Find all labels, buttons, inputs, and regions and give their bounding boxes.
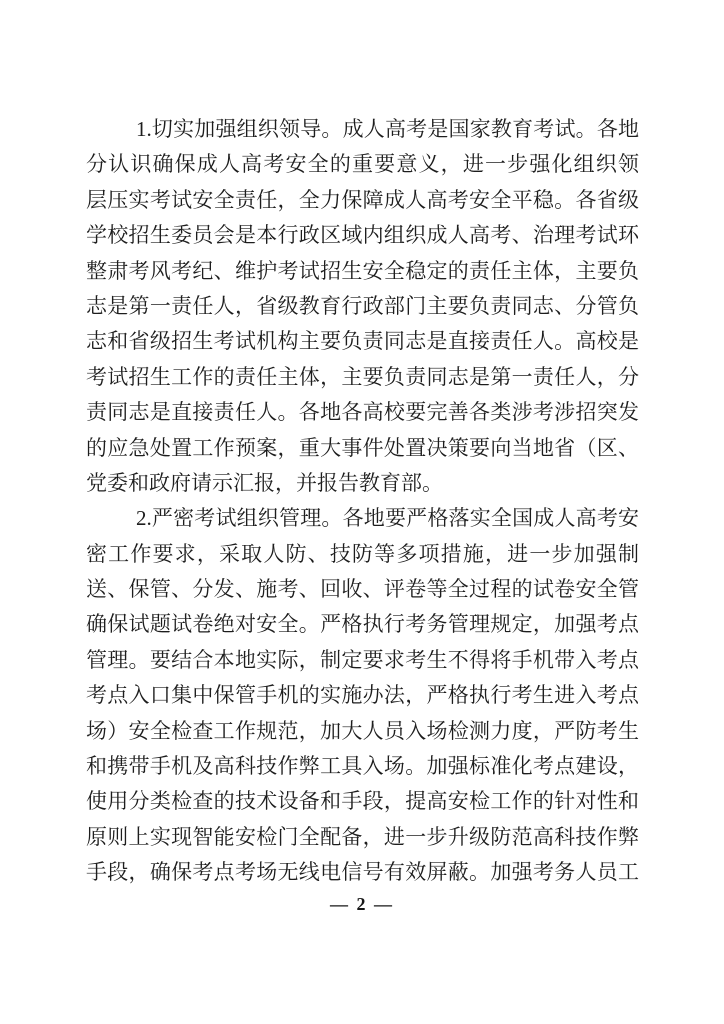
text-line: 手段，确保考点考场无线电信号有效屏蔽。加强考务人员工作培 bbox=[86, 855, 639, 890]
text-line: 确保试题试卷绝对安全。严格执行考务管理规定，加强考点考场 bbox=[86, 607, 639, 642]
text-line: 送、保管、分发、施考、回收、评卷等全过程的试卷安全管理， bbox=[86, 572, 639, 607]
text-line: 考试招生工作的责任主体，主要负责同志是第一责任人，分管负 bbox=[86, 360, 639, 395]
text-line: 党委和政府请示汇报，并报告教育部。 bbox=[86, 466, 639, 501]
text-line: 学校招生委员会是本行政区域内组织成人高考、治理考试环境、 bbox=[86, 218, 639, 253]
paragraph-2: 2.严密考试组织管理。各地要严格落实全国成人高考安全保 密工作要求，采取人防、技… bbox=[86, 501, 639, 890]
text-line: 密工作要求，采取人防、技防等多项措施，进一步加强制卷、运 bbox=[86, 537, 639, 572]
text-line: 分认识确保成人高考安全的重要意义，进一步强化组织领导，层 bbox=[86, 147, 639, 182]
page-number: — 2 — bbox=[0, 894, 724, 915]
text-line: 整肃考风考纪、维护考试招生安全稳定的责任主体，主要负责同 bbox=[86, 254, 639, 289]
paragraph-1: 1.切实加强组织领导。成人高考是国家教育考试。各地要充 分认识确保成人高考安全的… bbox=[86, 112, 639, 501]
document-body: 1.切实加强组织领导。成人高考是国家教育考试。各地要充 分认识确保成人高考安全的… bbox=[86, 112, 639, 891]
text-line: 志是第一责任人，省级教育行政部门主要负责同志、分管负责同 bbox=[86, 289, 639, 324]
text-line: 的应急处置工作预案，重大事件处置决策要向当地省（区、市） bbox=[86, 431, 639, 466]
text-line: 1.切实加强组织领导。成人高考是国家教育考试。各地要充 bbox=[86, 112, 639, 147]
text-line: 考点入口集中保管手机的实施办法，严格执行考生进入考点（考 bbox=[86, 678, 639, 713]
text-line: 场）安全检查工作规范，加大人员入场检测力度，严防考生替考 bbox=[86, 714, 639, 749]
text-line: 志和省级招生考试机构主要负责同志是直接责任人。高校是本校 bbox=[86, 324, 639, 359]
text-line: 管理。要结合本地实际，制定要求考生不得将手机带入考点或在 bbox=[86, 643, 639, 678]
document-page: 1.切实加强组织领导。成人高考是国家教育考试。各地要充 分认识确保成人高考安全的… bbox=[0, 0, 724, 1024]
text-line: 原则上实现智能安检门全配备，进一步升级防范高科技作弊技术 bbox=[86, 820, 639, 855]
text-line: 2.严密考试组织管理。各地要严格落实全国成人高考安全保 bbox=[86, 501, 639, 536]
text-line: 使用分类检查的技术设备和手段，提高安检工作的针对性和效率， bbox=[86, 784, 639, 819]
text-line: 责同志是直接责任人。各地各高校要完善各类涉考涉招突发事件 bbox=[86, 395, 639, 430]
text-line: 和携带手机及高科技作弊工具入场。加强标准化考点建设，积极 bbox=[86, 749, 639, 784]
text-line: 层压实考试安全责任，全力保障成人高考安全平稳。各省级高等 bbox=[86, 183, 639, 218]
